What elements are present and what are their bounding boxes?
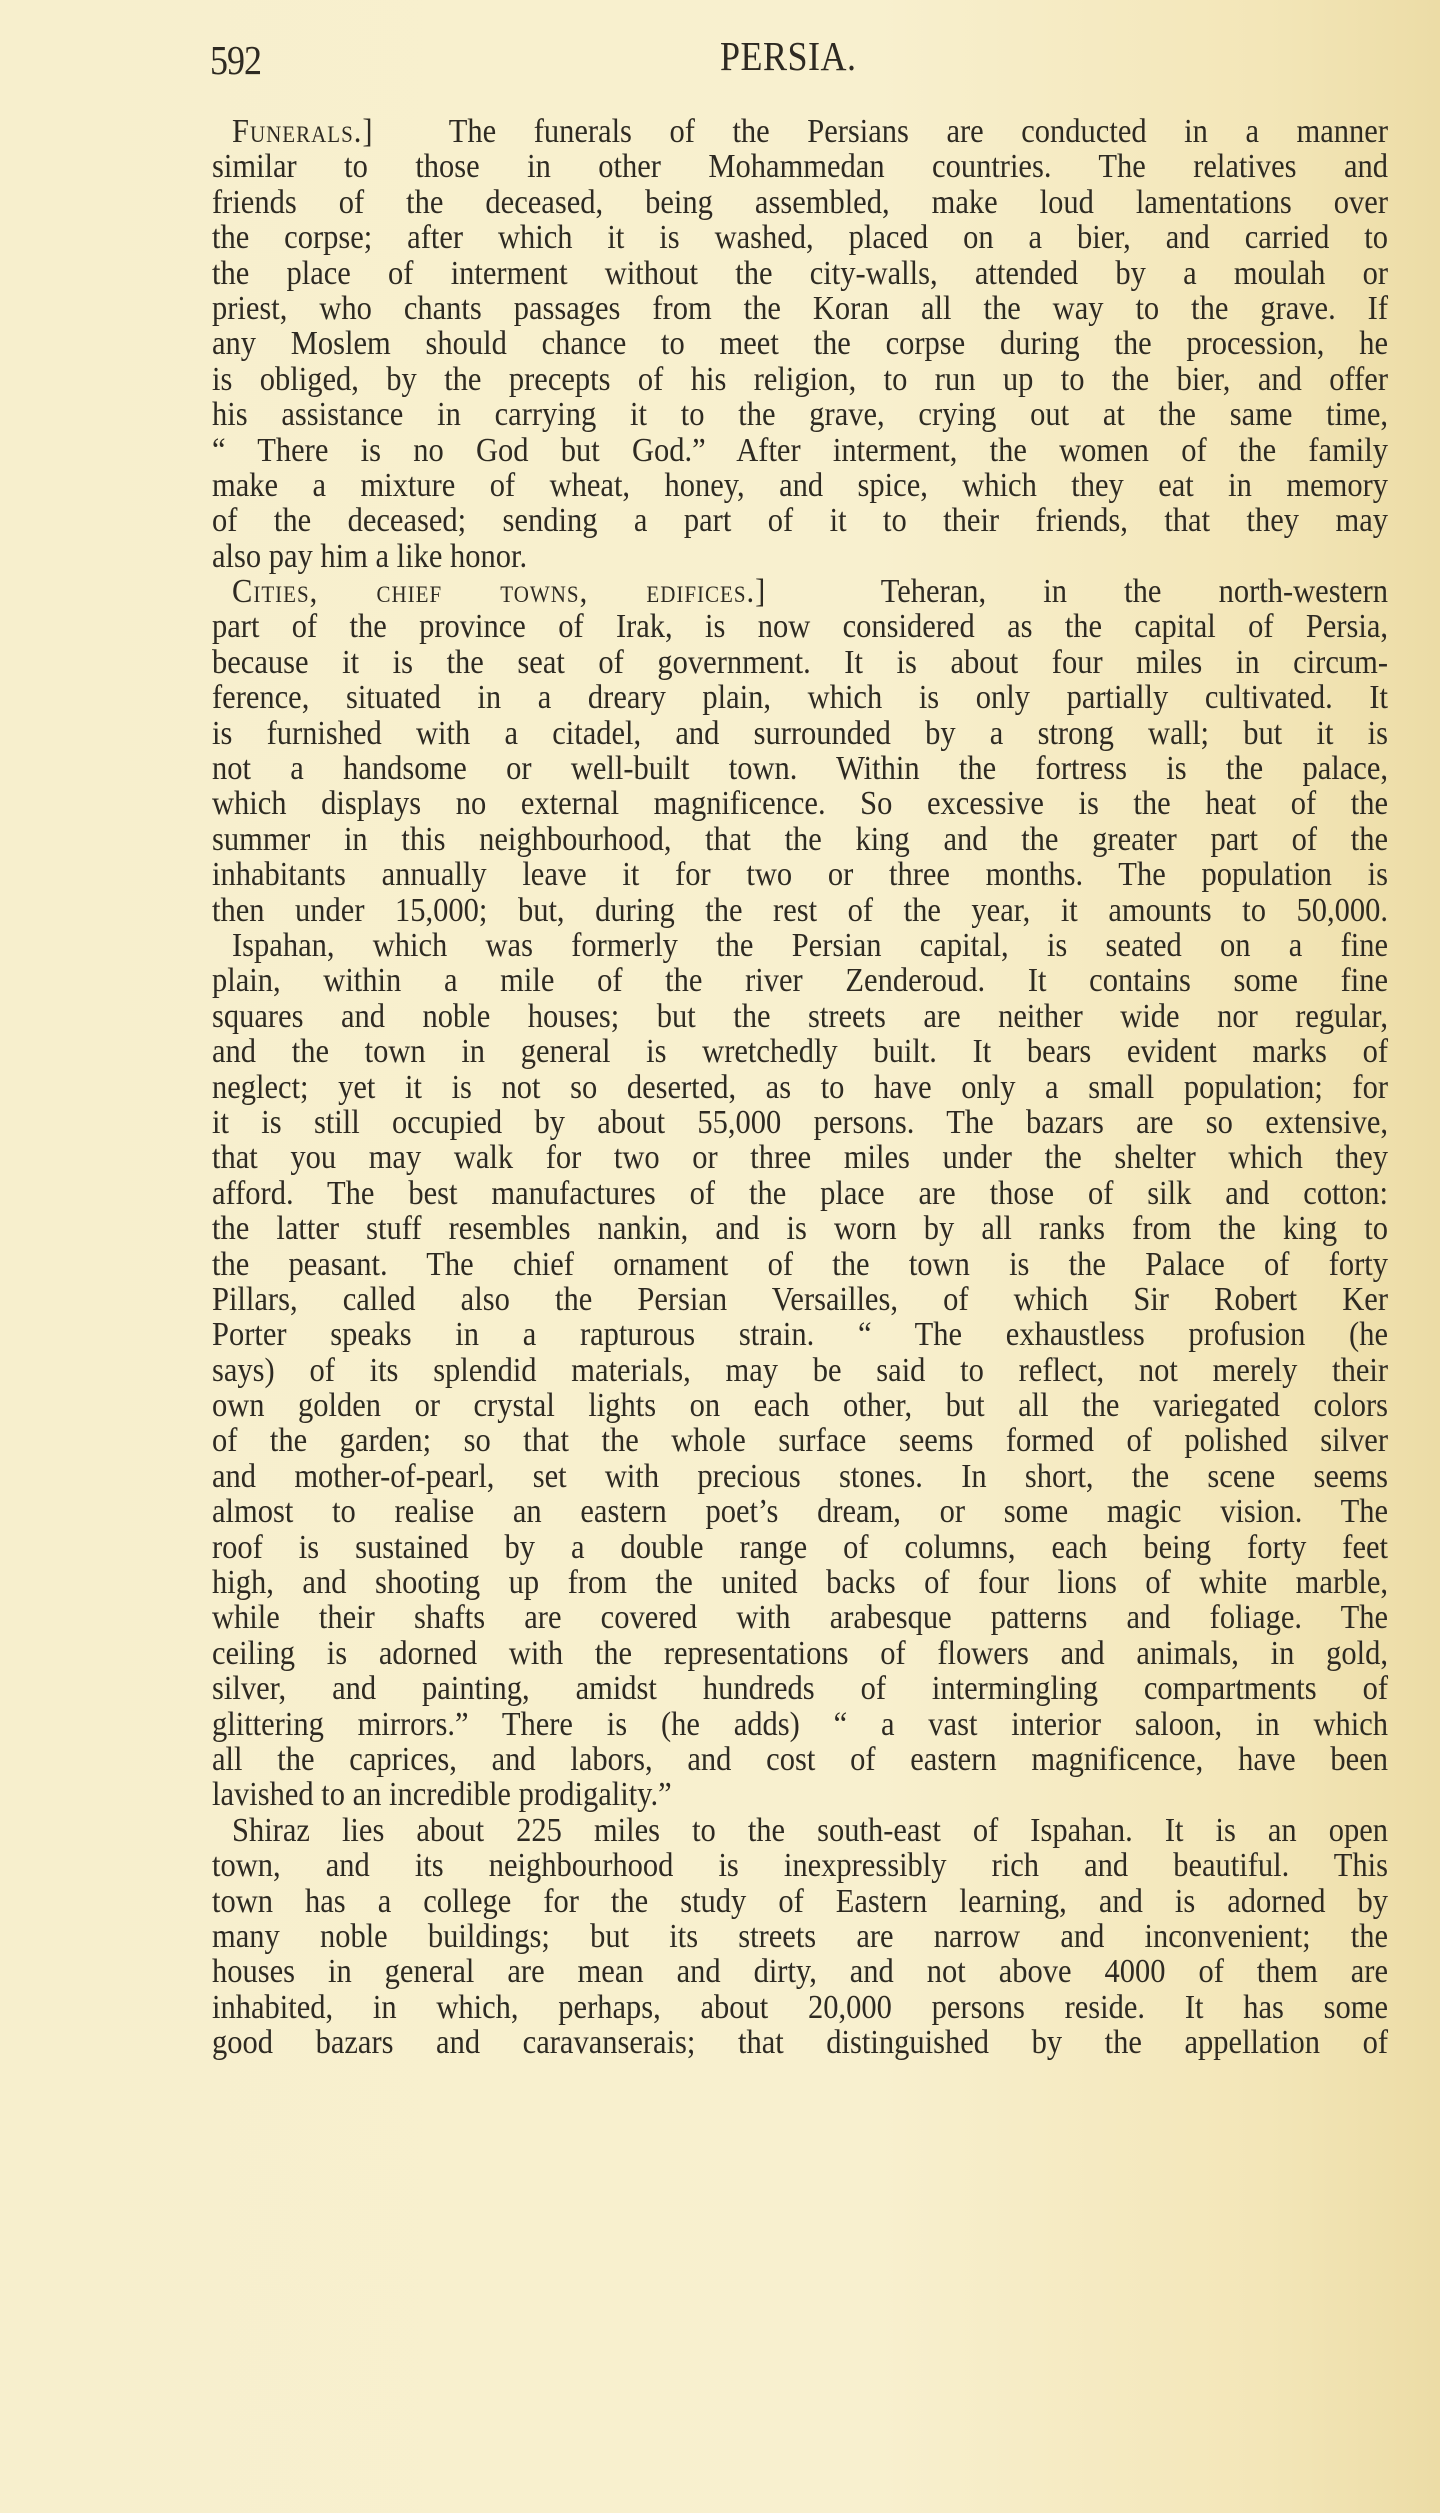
text-line: roof is sustained by a double range of c… [212, 1528, 1388, 1568]
text-line: and the town in general is wretchedly bu… [212, 1032, 1388, 1072]
text-line: houses in general are mean and dirty, an… [212, 1952, 1388, 1992]
section-heading-cities: Cities, chief towns, edifices.] [232, 572, 766, 610]
running-head: PERSIA. [720, 32, 857, 80]
text-line: of the garden; so that the whole surface… [212, 1421, 1388, 1461]
text-line: similar to those in other Mohammedan cou… [212, 147, 1388, 187]
text-line: says) of its splendid materials, may be … [212, 1351, 1388, 1391]
text-line: it is still occupied by about 55,000 per… [212, 1103, 1388, 1143]
text-line: Funerals.] The funerals of the Persians … [212, 112, 1388, 152]
text-line: inhabited, in which, perhaps, about 20,0… [212, 1988, 1388, 2028]
text-line: inhabitants annually leave it for two or… [212, 855, 1388, 895]
text-line: also pay him a like honor. [212, 537, 1388, 577]
text-line: “ There is no God but God.” After interm… [212, 431, 1388, 471]
text-line: any Moslem should chance to meet the cor… [212, 324, 1388, 364]
body-text: Funerals.] The funerals of the Persians … [212, 112, 1388, 2058]
text-line: is obliged, by the precepts of his relig… [212, 360, 1388, 400]
text-line: town, and its neighbourhood is inexpress… [212, 1846, 1388, 1886]
text-line: part of the province of Irak, is now con… [212, 607, 1388, 647]
text-line: make a mixture of wheat, honey, and spic… [212, 466, 1388, 506]
text-line: ceiling is adorned with the representati… [212, 1634, 1388, 1674]
text-line: Ispahan, which was formerly the Persian … [212, 926, 1388, 966]
text-line: the latter stuff resembles nankin, and i… [212, 1209, 1388, 1249]
text-line: while their shafts are covered with arab… [212, 1598, 1388, 1638]
text-line: good bazars and caravanserais; that dist… [212, 2023, 1388, 2063]
text-line: almost to realise an eastern poet’s drea… [212, 1492, 1388, 1532]
text-line: because it is the seat of government. It… [212, 643, 1388, 683]
text-line: then under 15,000; but, during the rest … [212, 891, 1388, 931]
text-line: summer in this neighbourhood, that the k… [212, 820, 1388, 860]
text-line: his assistance in carrying it to the gra… [212, 395, 1388, 435]
text-line: the peasant. The chief ornament of the t… [212, 1245, 1388, 1285]
text-line: friends of the deceased, being assembled… [212, 183, 1388, 223]
text-line: not a handsome or well-built town. Withi… [212, 749, 1388, 789]
text-line: which displays no external magnificence.… [212, 784, 1388, 824]
text-line: of the deceased; sending a part of it to… [212, 501, 1388, 541]
text-line: Cities, chief towns, edifices.] Teheran,… [212, 572, 1388, 612]
text-line: Pillars, called also the Persian Versail… [212, 1280, 1388, 1320]
text-line: the corpse; after which it is washed, pl… [212, 218, 1388, 258]
section-heading-funerals: Funerals.] [232, 112, 374, 150]
text-line: squares and noble houses; but the street… [212, 997, 1388, 1037]
text-line: lavished to an incredible prodigality.” [212, 1775, 1388, 1815]
text-line: the place of interment without the city-… [212, 254, 1388, 294]
text-line: ference, situated in a dreary plain, whi… [212, 678, 1388, 718]
text-line: Shiraz lies about 225 miles to the south… [212, 1811, 1388, 1851]
text-line: Porter speaks in a rapturous strain. “ T… [212, 1315, 1388, 1355]
text-line: own golden or crystal lights on each oth… [212, 1386, 1388, 1426]
page-number: 592 [210, 36, 261, 84]
text-line: many noble buildings; but its streets ar… [212, 1917, 1388, 1957]
text-line: that you may walk for two or three miles… [212, 1138, 1388, 1178]
text-line: silver, and painting, amidst hundreds of… [212, 1669, 1388, 1709]
page-header: 592 PERSIA. [210, 32, 1390, 82]
text-line: glittering mirrors.” There is (he adds) … [212, 1705, 1388, 1745]
text-line: high, and shooting up from the united ba… [212, 1563, 1388, 1603]
text-line: neglect; yet it is not so deserted, as t… [212, 1068, 1388, 1108]
text-line: priest, who chants passages from the Kor… [212, 289, 1388, 329]
text-line: all the caprices, and labors, and cost o… [212, 1740, 1388, 1780]
text-line: and mother-of-pearl, set with precious s… [212, 1457, 1388, 1497]
text-line: afford. The best manufactures of the pla… [212, 1174, 1388, 1214]
text-line: plain, within a mile of the river Zender… [212, 961, 1388, 1001]
text-line: town has a college for the study of East… [212, 1882, 1388, 1922]
text-line: is furnished with a citadel, and surroun… [212, 714, 1388, 754]
